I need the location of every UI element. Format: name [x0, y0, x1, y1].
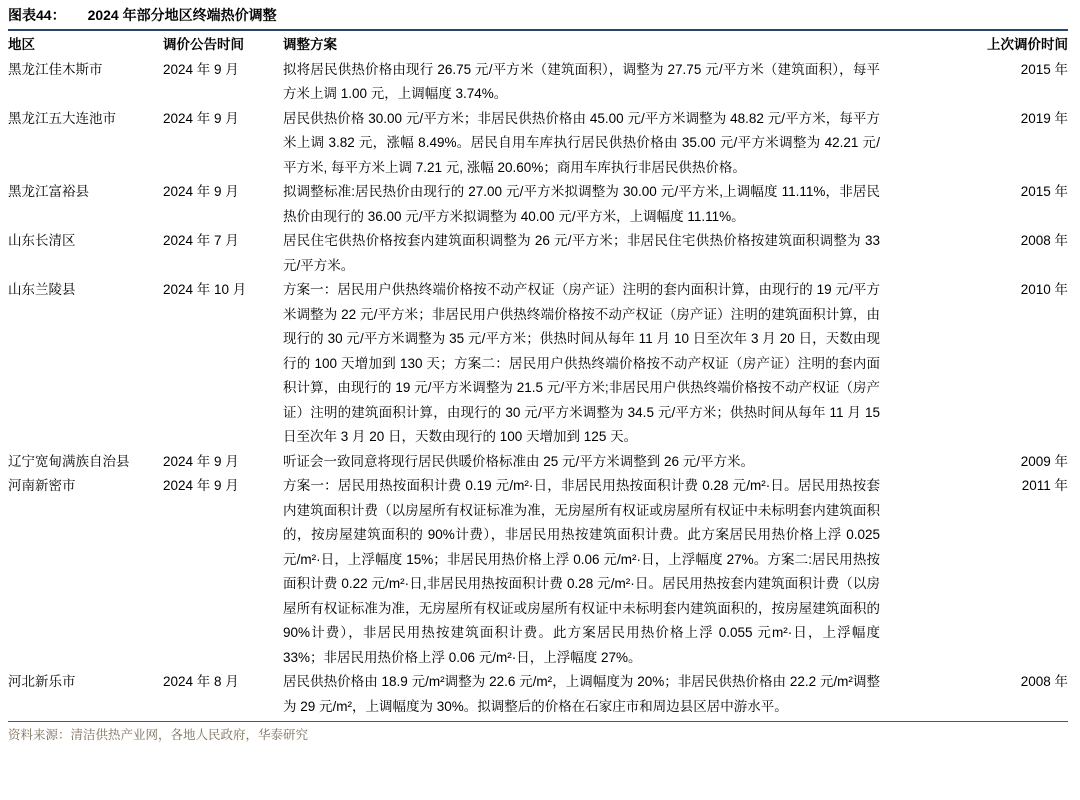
report-figure-page: 图表44：2024 年部分地区终端热价调整 地区 调价公告时间 调整方案 上次调… [0, 0, 1080, 746]
footer-divider [8, 721, 1068, 722]
announce-date-cell: 2024 年 10 月 [163, 278, 283, 450]
table-row: 河南新密市2024 年 9 月方案一：居民用热按面积计费 0.19 元/m²·日… [8, 474, 1068, 670]
announce-date-cell: 2024 年 7 月 [163, 229, 283, 278]
region-cell: 黑龙江佳木斯市 [8, 58, 163, 107]
plan-cell: 居民住宅供热价格按套内建筑面积调整为 26 元/平方米；非居民住宅供热价格按建筑… [283, 229, 880, 278]
region-cell: 辽宁宽甸满族自治县 [8, 450, 163, 475]
plan-cell: 方案一：居民用热按面积计费 0.19 元/m²·日，非居民用热按面积计费 0.2… [283, 474, 880, 670]
announce-date-cell: 2024 年 8 月 [163, 670, 283, 719]
announce-date-cell: 2024 年 9 月 [163, 58, 283, 107]
last-adjust-cell: 2008 年 [880, 670, 1068, 719]
plan-cell: 方案一：居民用户供热终端价格按不动产权证（房产证）注明的套内面积计算，由现行的 … [283, 278, 880, 450]
last-adjust-cell: 2010 年 [880, 278, 1068, 450]
table-row: 黑龙江佳木斯市2024 年 9 月拟将居民供热价格由现行 26.75 元/平方米… [8, 58, 1068, 107]
table-row: 山东兰陵县2024 年 10 月方案一：居民用户供热终端价格按不动产权证（房产证… [8, 278, 1068, 450]
last-adjust-cell: 2008 年 [880, 229, 1068, 278]
last-adjust-cell: 2009 年 [880, 450, 1068, 475]
title-divider [8, 29, 1068, 31]
plan-cell: 拟将居民供热价格由现行 26.75 元/平方米（建筑面积），调整为 27.75 … [283, 58, 880, 107]
last-adjust-cell: 2019 年 [880, 107, 1068, 181]
announce-date-cell: 2024 年 9 月 [163, 180, 283, 229]
figure-label: 图表44： [8, 7, 66, 23]
region-cell: 山东兰陵县 [8, 278, 163, 450]
table-header-row: 地区 调价公告时间 调整方案 上次调价时间 [8, 33, 1068, 58]
column-header-announce-date: 调价公告时间 [163, 33, 283, 58]
plan-cell: 居民供热价格由 18.9 元/m²调整为 22.6 元/m²，上调幅度为 20%… [283, 670, 880, 719]
announce-date-cell: 2024 年 9 月 [163, 450, 283, 475]
last-adjust-cell: 2015 年 [880, 58, 1068, 107]
plan-cell: 居民供热价格 30.00 元/平方米；非居民供热价格由 45.00 元/平方米调… [283, 107, 880, 181]
plan-cell: 听证会一致同意将现行居民供暖价格标准由 25 元/平方米调整到 26 元/平方米… [283, 450, 880, 475]
region-cell: 河北新乐市 [8, 670, 163, 719]
region-cell: 黑龙江五大连池市 [8, 107, 163, 181]
table-row: 河北新乐市2024 年 8 月居民供热价格由 18.9 元/m²调整为 22.6… [8, 670, 1068, 719]
column-header-plan: 调整方案 [283, 33, 880, 58]
column-header-last-adjust: 上次调价时间 [880, 33, 1068, 58]
region-cell: 黑龙江富裕县 [8, 180, 163, 229]
region-cell: 河南新密市 [8, 474, 163, 670]
table-body: 黑龙江佳木斯市2024 年 9 月拟将居民供热价格由现行 26.75 元/平方米… [8, 58, 1068, 720]
table-row: 黑龙江富裕县2024 年 9 月拟调整标准:居民热价由现行的 27.00 元/平… [8, 180, 1068, 229]
column-header-region: 地区 [8, 33, 163, 58]
figure-header: 图表44：2024 年部分地区终端热价调整 [8, 5, 1068, 26]
table-row: 黑龙江五大连池市2024 年 9 月居民供热价格 30.00 元/平方米；非居民… [8, 107, 1068, 181]
last-adjust-cell: 2015 年 [880, 180, 1068, 229]
source-note: 资料来源：清洁供热产业网，各地人民政府，华泰研究 [8, 725, 1068, 746]
table-row: 山东长清区2024 年 7 月居民住宅供热价格按套内建筑面积调整为 26 元/平… [8, 229, 1068, 278]
region-cell: 山东长清区 [8, 229, 163, 278]
announce-date-cell: 2024 年 9 月 [163, 107, 283, 181]
table-row: 辽宁宽甸满族自治县2024 年 9 月听证会一致同意将现行居民供暖价格标准由 2… [8, 450, 1068, 475]
last-adjust-cell: 2011 年 [880, 474, 1068, 670]
figure-title: 2024 年部分地区终端热价调整 [88, 7, 277, 23]
plan-cell: 拟调整标准:居民热价由现行的 27.00 元/平方米拟调整为 30.00 元/平… [283, 180, 880, 229]
announce-date-cell: 2024 年 9 月 [163, 474, 283, 670]
